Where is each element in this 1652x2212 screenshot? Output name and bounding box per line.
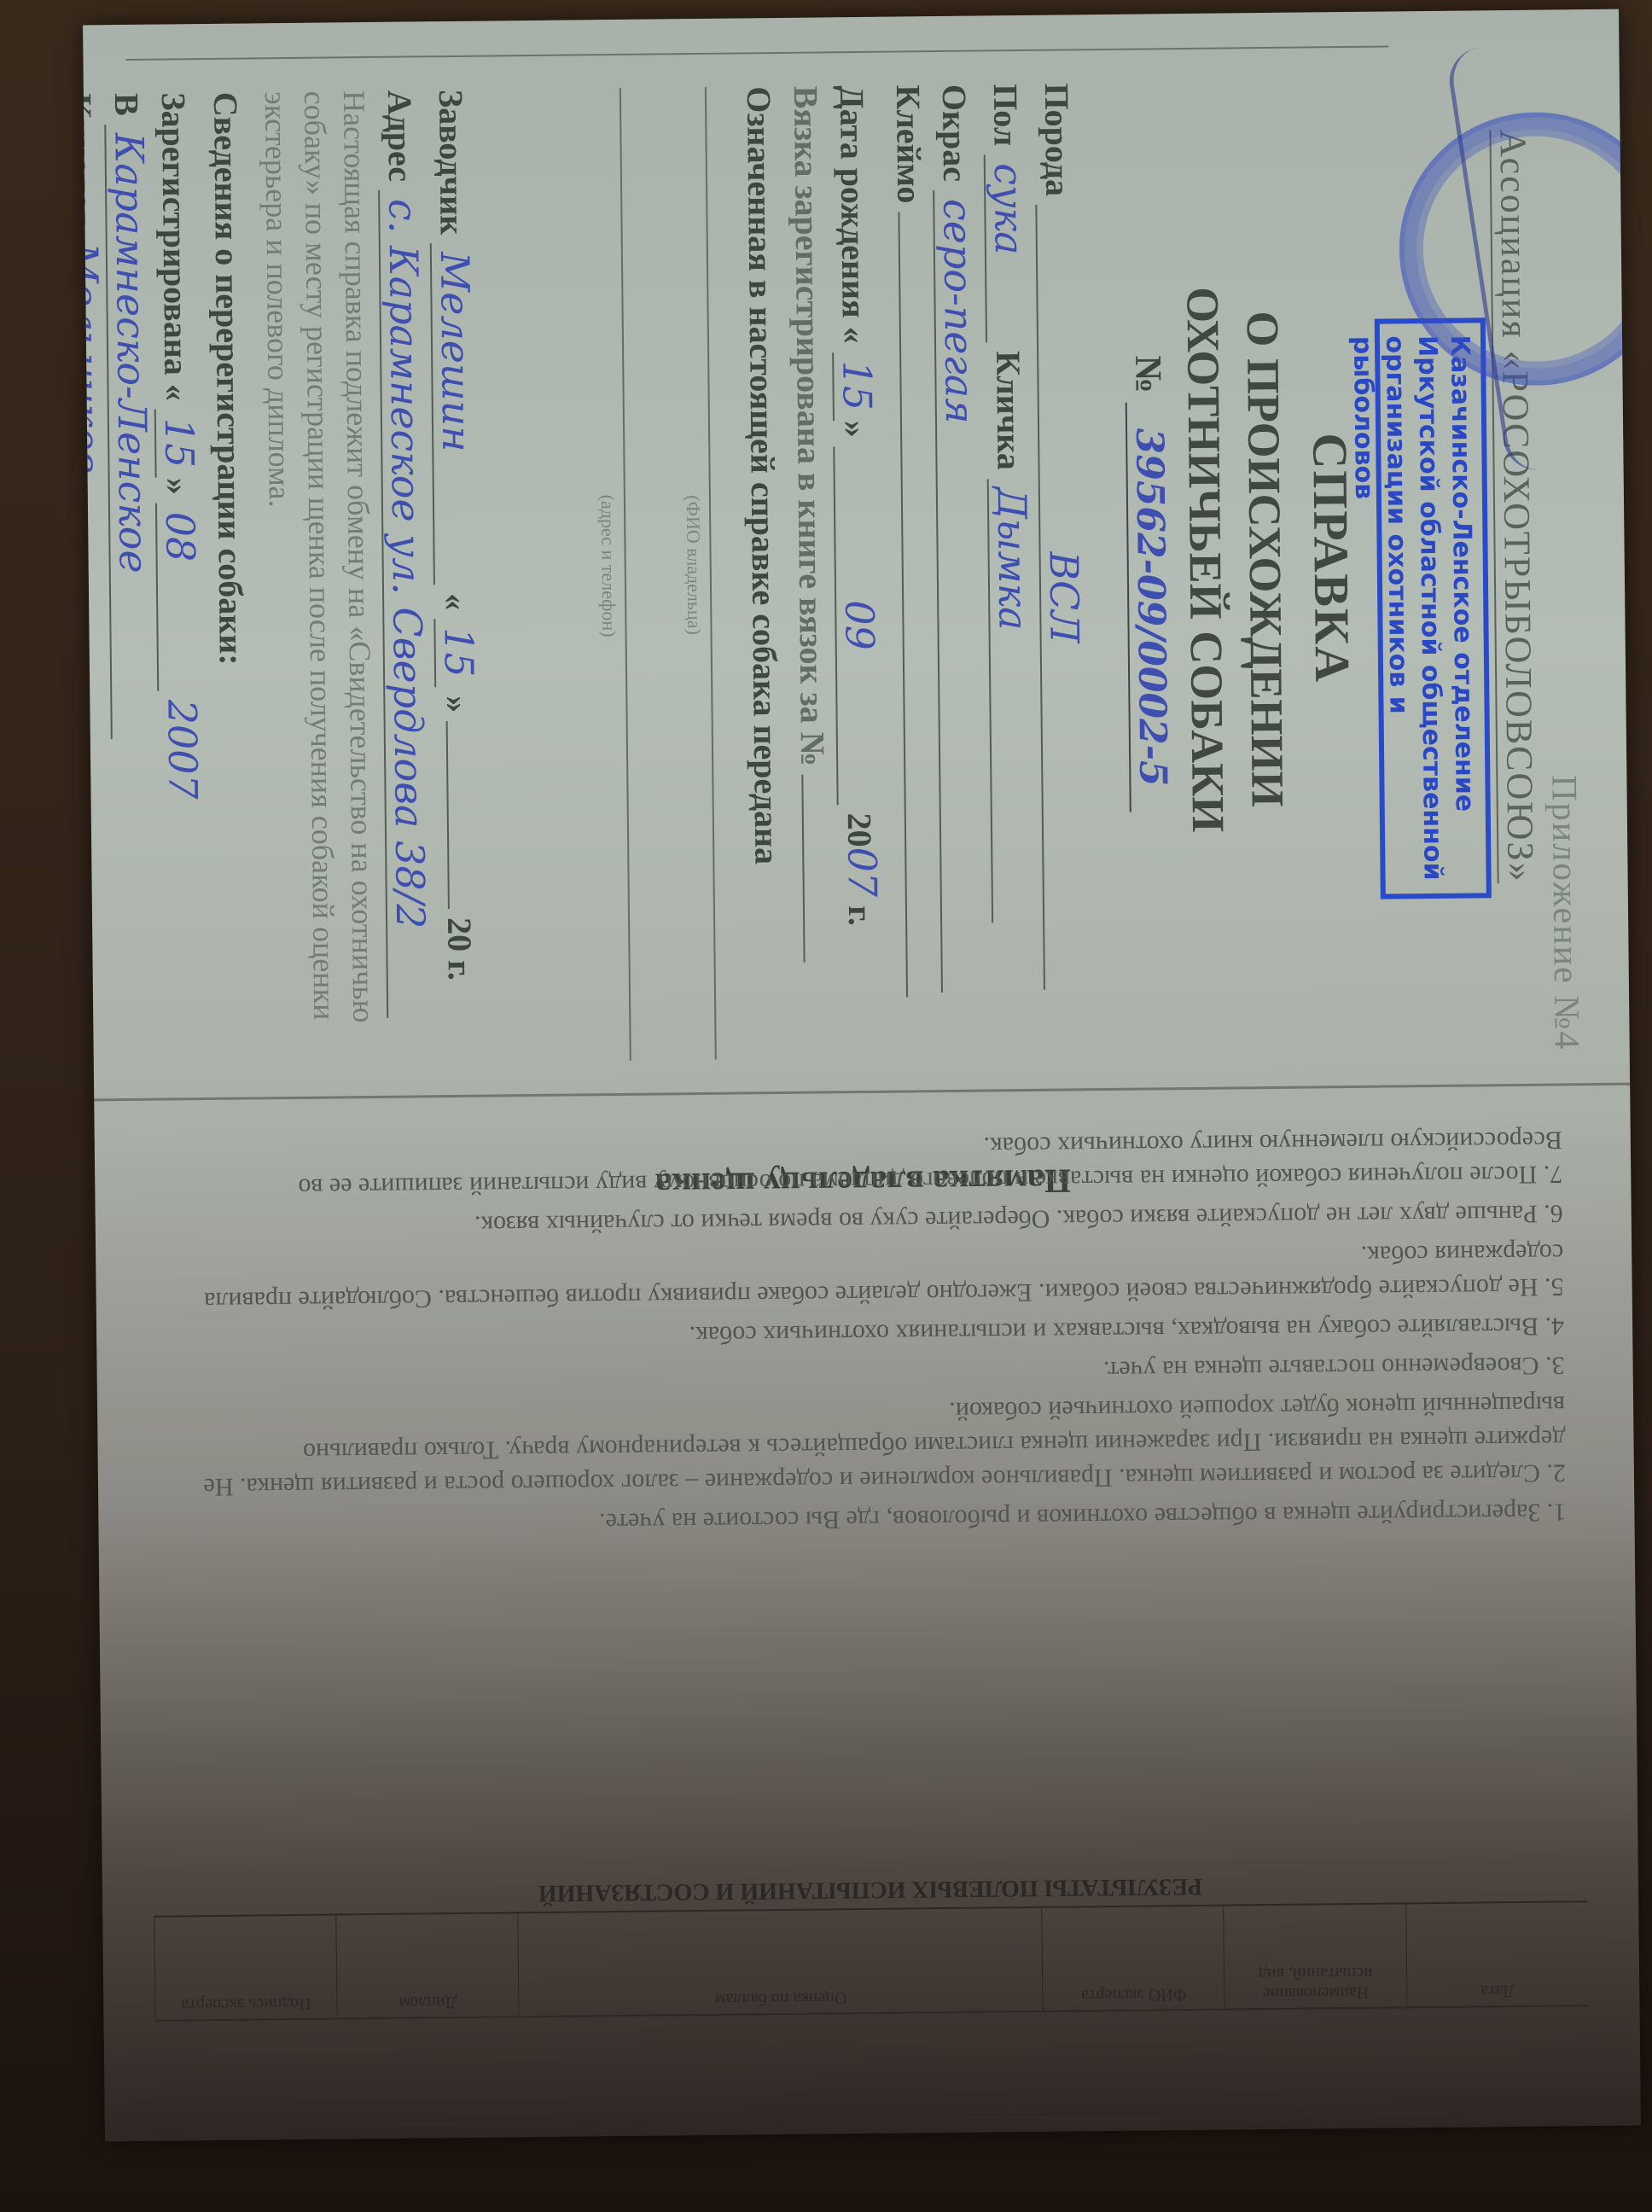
results-col: Диплом: [336, 1913, 519, 2017]
breeder-month-field: [446, 721, 450, 909]
registered-label: Зарегистрирована «: [154, 92, 196, 401]
organization-stamp: Казачинско-Ленское отделение Иркутской о…: [1375, 317, 1492, 899]
rereg-label: Сведения о перерегистрации собаки:: [206, 92, 251, 666]
breeder-field: Мелешин: [430, 243, 481, 585]
registered-day: 15: [156, 417, 203, 468]
seal-label: М.П.: [1617, 261, 1630, 316]
results-col: Дата: [1405, 1902, 1588, 2006]
memo-item: 5. Не допускайте бродяжничества своей со…: [164, 1235, 1564, 1318]
breed-value: ВСЛ: [1041, 551, 1088, 643]
cynologist-label: Кинолог: [83, 93, 100, 226]
certificate-number: № 39562-09/0002-5: [1126, 355, 1175, 812]
breeder-day: 15: [435, 627, 482, 678]
registered-year: 2007: [159, 699, 206, 800]
dob-row: Дата рождения « 15» 09 2007 г.: [829, 85, 887, 1059]
certificate-rotated: Приложение №4 Ассоциация «РОСОХОТРЫБОЛОВ…: [91, 26, 1621, 1101]
breeder-value: Мелешин: [432, 252, 480, 452]
address-row: Адрес с. Карамнеское ул. Свердлова 38/2: [377, 90, 435, 1063]
breed-label: Порода: [1038, 83, 1077, 196]
breeder-row: Заводчик Мелешин « 15 » 20 г.: [428, 90, 486, 1063]
mating-label: Вязка зарегистрирована в книге вязок за …: [787, 85, 832, 766]
stamp-line: Казачинско-Ленское отделение: [1443, 335, 1481, 881]
exchange-notice: Настоящая справка подлежит обмену на «Св…: [256, 90, 384, 1064]
document-subtitle-1: О ПРОИСХОЖДЕНИИ: [1233, 30, 1297, 1089]
stamp-line: Иркутской областной общественной: [1411, 335, 1449, 882]
breeder-year-prefix: 20: [440, 917, 479, 952]
color-field: серо-пегая: [933, 190, 989, 993]
brand-label: Клеймо: [889, 84, 928, 203]
dob-suffix: г.: [841, 905, 880, 926]
results-table-body: [155, 2023, 1590, 2124]
dob-day: 15: [834, 360, 881, 410]
dob-month: 09: [836, 600, 883, 650]
results-col: Наименование испытаний, вид: [1224, 1904, 1406, 2008]
in-field: Карамнеско-Ленское: [104, 124, 159, 739]
sex-field: сука: [984, 154, 1033, 343]
color-label: Окрас: [935, 84, 974, 183]
in-label: В: [108, 93, 146, 116]
registered-month: 08: [157, 511, 204, 562]
sex-value: сука: [986, 163, 1032, 255]
number-label: №: [1127, 355, 1169, 393]
memo-item: 2. Следите за ростом и развитием щенка. …: [166, 1387, 1566, 1504]
mating-field: [801, 775, 805, 963]
results-col: Оценка по баллам: [518, 1908, 1043, 2016]
name-value: Дымка: [989, 486, 1037, 630]
sex-name-row: Пол сука Кличка Дымка: [983, 84, 1041, 1057]
name-field: Дымка: [987, 478, 1039, 923]
dob-day-field: 15: [832, 352, 881, 421]
breed-row: Порода ВСЛ: [1034, 83, 1092, 1057]
brand-field: [898, 212, 908, 997]
results-table-header: Дата Наименование испытаний, вид ФИО экс…: [154, 1901, 1588, 2022]
breeder-day-field: 15: [433, 619, 482, 688]
address-value: с. Карамнеское ул. Свердлова 38/2: [380, 199, 433, 929]
results-col: ФИО эксперта: [1041, 1906, 1224, 2011]
appendix-label: Приложение №4: [1543, 775, 1586, 1051]
breeder-label: Заводчик: [432, 90, 472, 236]
dob-year: 07: [839, 847, 886, 897]
registered-day-field: 15: [154, 409, 203, 478]
name-label: Кличка: [989, 351, 1028, 470]
transfer-label: Означенная в настоящей справке собака пе…: [740, 86, 787, 864]
memo-upside-down: Памятка владельцу щенка 1. Зарегистрируй…: [94, 1093, 1641, 2142]
memo-item: 7. После получения собакой оценки на выс…: [163, 1122, 1563, 1205]
in-value: Карамнеско-Ленское: [106, 132, 156, 573]
sex-label: Пол: [986, 84, 1026, 146]
memo-list: 1. Зарегистрируйте щенка в обществе охот…: [163, 1117, 1567, 1543]
color-row: Окрас серо-пегая: [932, 84, 990, 1057]
dob-label: Дата рождения «: [833, 85, 874, 344]
document-subtitle-2: ОХОТНИЧЬЕЙ СОБАКИ: [1173, 30, 1237, 1089]
dob-month-field: 09: [833, 445, 884, 805]
results-col: Подпись эксперта: [154, 1916, 336, 2020]
address-label: Адрес: [381, 90, 420, 182]
address-field: с. Карамнеское ул. Свердлова 38/2: [378, 190, 434, 1019]
memo-section: Памятка владельцу щенка 1. Зарегистрируй…: [94, 1093, 1641, 2142]
breed-field: ВСЛ: [1035, 205, 1091, 991]
registered-month-field: 08: [155, 503, 205, 691]
certificate-paper: Приложение №4 Ассоциация «РОСОХОТРЫБОЛОВ…: [83, 9, 1641, 2142]
certificate-section: Приложение №4 Ассоциация «РОСОХОТРЫБОЛОВ…: [83, 9, 1630, 1101]
document-title: СПРАВКА: [1297, 29, 1365, 1088]
cynologist-value: Мельников: [83, 242, 109, 474]
breeder-date-suffix: г.: [441, 960, 480, 981]
number-value: 39562-09/0002-5: [1126, 402, 1175, 812]
dob-year-prefix: 20: [841, 812, 879, 847]
color-value: серо-пегая: [934, 199, 983, 424]
